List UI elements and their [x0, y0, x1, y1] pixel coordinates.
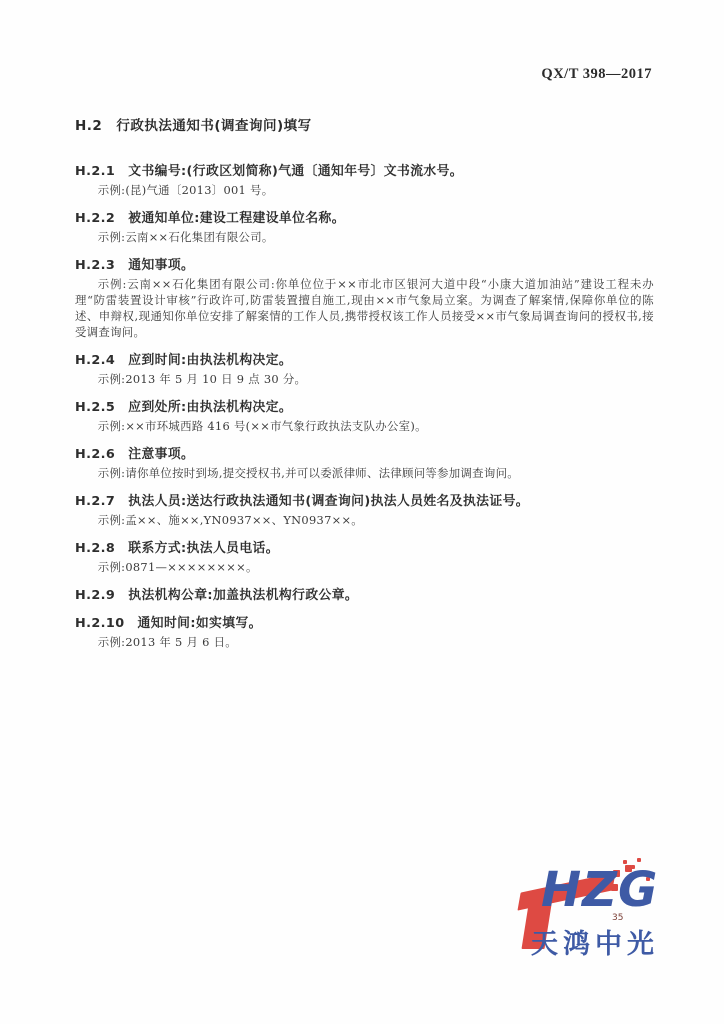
clause-item: H.2.10通知时间:如实填写。 示例:2013 年 5 月 6 日。 — [75, 612, 654, 650]
clause-number: H.2.9 — [75, 588, 115, 603]
clause-examples: 示例:2013 年 5 月 10 日 9 点 30 分。 — [75, 371, 654, 387]
clause-number: H.2.4 — [75, 353, 115, 368]
section-number: H.2 — [75, 118, 102, 134]
standard-code: QX/T 398—2017 — [541, 66, 652, 83]
clause-examples: 示例:请你单位按时到场,提交授权书,并可以委派律师、法律顾问等参加调查询问。 — [75, 465, 654, 481]
clause-item: H.2.9执法机构公章:加盖执法机构行政公章。 — [75, 584, 654, 603]
clause-heading: H.2.7执法人员:送达行政执法通知书(调查询问)执法人员姓名及执法证号。 — [75, 490, 654, 509]
clause-number: H.2.2 — [75, 211, 115, 226]
section-title: 行政执法通知书(调查询问)填写 — [116, 118, 311, 134]
clause-examples: 示例:0871—××××××××。 — [75, 559, 654, 575]
clause-list: H.2.1文书编号:(行政区划简称)气通〔通知年号〕文书流水号。 示例:(昆)气… — [75, 160, 654, 650]
example-text: 示例:孟××、施××,YN0937××、YN0937××。 — [75, 512, 654, 528]
clause-examples: 示例:孟××、施××,YN0937××、YN0937××。 — [75, 512, 654, 528]
clause-number: H.2.6 — [75, 447, 115, 462]
clause-number: H.2.3 — [75, 258, 115, 273]
clause-text: 注意事项。 — [128, 447, 194, 462]
clause-text: 文书编号:(行政区划简称)气通〔通知年号〕文书流水号。 — [128, 164, 463, 179]
example-text: 示例:请你单位按时到场,提交授权书,并可以委派律师、法律顾问等参加调查询问。 — [75, 465, 654, 481]
clause-heading: H.2.10通知时间:如实填写。 — [75, 612, 654, 631]
clause-item: H.2.1文书编号:(行政区划简称)气通〔通知年号〕文书流水号。 示例:(昆)气… — [75, 160, 654, 198]
clause-text: 通知事项。 — [128, 258, 194, 273]
clause-item: H.2.6注意事项。 示例:请你单位按时到场,提交授权书,并可以委派律师、法律顾… — [75, 443, 654, 481]
clause-number: H.2.7 — [75, 494, 115, 509]
clause-number: H.2.8 — [75, 541, 115, 556]
clause-item: H.2.5应到处所:由执法机构决定。 示例:××市环城西路 416 号(××市气… — [75, 396, 654, 434]
clause-heading: H.2.2被通知单位:建设工程建设单位名称。 — [75, 207, 654, 226]
clause-text: 应到时间:由执法机构决定。 — [128, 353, 292, 368]
clause-item: H.2.3通知事项。 示例:云南××石化集团有限公司:你单位位于××市北市区银河… — [75, 254, 654, 340]
clause-text: 应到处所:由执法机构决定。 — [128, 400, 292, 415]
example-text: 示例:××市环城西路 416 号(××市气象行政执法支队办公室)。 — [75, 418, 654, 434]
clause-text: 通知时间:如实填写。 — [138, 616, 262, 631]
logo-wordmark: HZG — [541, 866, 658, 914]
clause-heading: H.2.9执法机构公章:加盖执法机构行政公章。 — [75, 584, 654, 603]
document-page: QX/T 398—2017 H.2行政执法通知书(调查询问)填写 H.2.1文书… — [0, 0, 724, 1024]
clause-heading: H.2.6注意事项。 — [75, 443, 654, 462]
clause-text: 执法机构公章:加盖执法机构行政公章。 — [128, 588, 358, 603]
clause-examples: 示例:云南××石化集团有限公司:你单位位于××市北市区银河大道中段“小康大道加油… — [75, 276, 654, 340]
clause-number: H.2.10 — [75, 616, 125, 631]
clause-heading: H.2.5应到处所:由执法机构决定。 — [75, 396, 654, 415]
clause-number: H.2.1 — [75, 164, 115, 179]
clause-examples: 示例:云南××石化集团有限公司。 — [75, 229, 654, 245]
clause-number: H.2.5 — [75, 400, 115, 415]
document-content: H.2行政执法通知书(调查询问)填写 H.2.1文书编号:(行政区划简称)气通〔… — [75, 114, 654, 655]
example-text: 示例:(昆)气通〔2013〕001 号。 — [75, 182, 654, 198]
section-heading: H.2行政执法通知书(调查询问)填写 — [75, 114, 654, 134]
example-text: 示例:云南××石化集团有限公司:你单位位于××市北市区银河大道中段“小康大道加油… — [75, 276, 654, 340]
clause-heading: H.2.3通知事项。 — [75, 254, 654, 273]
clause-text: 联系方式:执法人员电话。 — [128, 541, 279, 556]
clause-examples: 示例:××市环城西路 416 号(××市气象行政执法支队办公室)。 — [75, 418, 654, 434]
clause-heading: H.2.1文书编号:(行政区划简称)气通〔通知年号〕文书流水号。 — [75, 160, 654, 179]
example-text: 示例:2013 年 5 月 10 日 9 点 30 分。 — [75, 371, 654, 387]
example-text: 示例:云南××石化集团有限公司。 — [75, 229, 654, 245]
clause-examples: 示例:2013 年 5 月 6 日。 — [75, 634, 654, 650]
clause-item: H.2.8联系方式:执法人员电话。 示例:0871—××××××××。 — [75, 537, 654, 575]
clause-item: H.2.7执法人员:送达行政执法通知书(调查询问)执法人员姓名及执法证号。 示例… — [75, 490, 654, 528]
example-text: 示例:0871—××××××××。 — [75, 559, 654, 575]
clause-heading: H.2.8联系方式:执法人员电话。 — [75, 537, 654, 556]
clause-item: H.2.4应到时间:由执法机构决定。 示例:2013 年 5 月 10 日 9 … — [75, 349, 654, 387]
clause-examples: 示例:(昆)气通〔2013〕001 号。 — [75, 182, 654, 198]
clause-text: 被通知单位:建设工程建设单位名称。 — [128, 211, 345, 226]
example-text: 示例:2013 年 5 月 6 日。 — [75, 634, 654, 650]
logo-company-name: 天鸿中光 — [531, 922, 659, 961]
footer-logo: HZG 35 天鸿中光 — [505, 856, 685, 961]
clause-heading: H.2.4应到时间:由执法机构决定。 — [75, 349, 654, 368]
clause-text: 执法人员:送达行政执法通知书(调查询问)执法人员姓名及执法证号。 — [128, 494, 529, 509]
clause-item: H.2.2被通知单位:建设工程建设单位名称。 示例:云南××石化集团有限公司。 — [75, 207, 654, 245]
